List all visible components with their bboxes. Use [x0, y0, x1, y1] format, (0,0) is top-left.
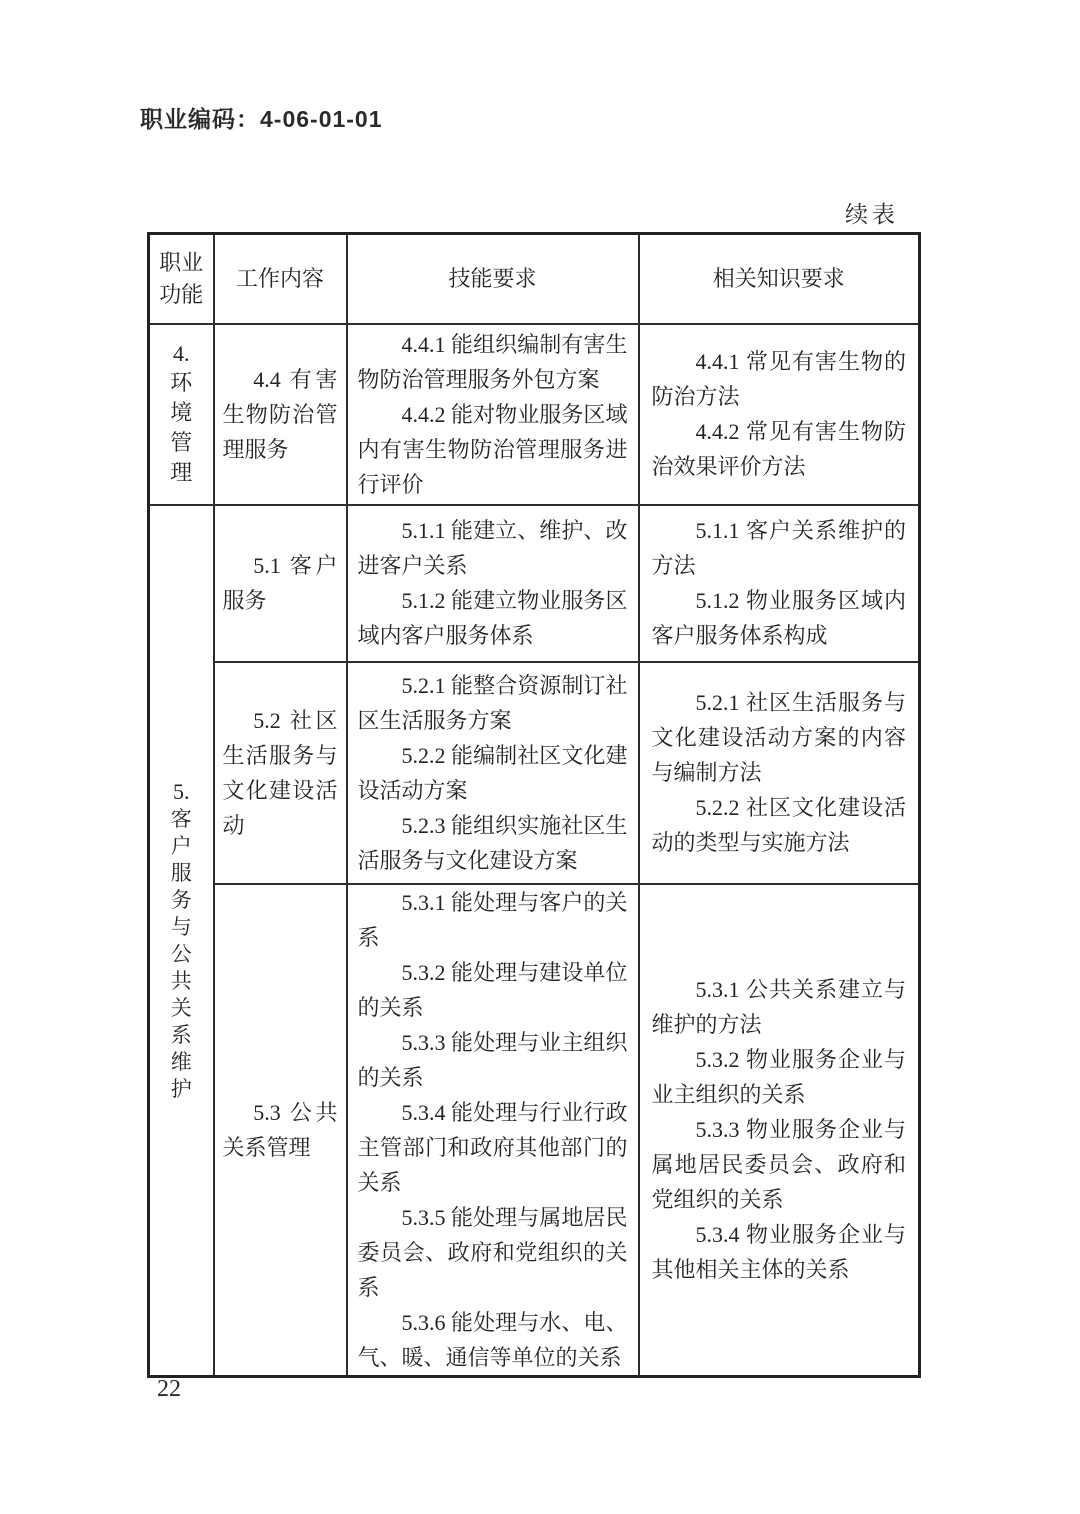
skill-item: 5.2.2 能编制社区文化建设活动方案 — [358, 738, 628, 808]
work-content-text: 5.3 公共关系管理 — [223, 1095, 338, 1165]
function-name-vertical: 环境管理 — [170, 368, 192, 488]
knowledge-item: 5.3.3 物业服务企业与属地居民委员会、政府和党组织的关系 — [652, 1112, 907, 1217]
function-label: 4. 环境管理 — [151, 340, 212, 488]
header-work-content: 工作内容 — [214, 234, 347, 324]
knowledge-item: 5.2.2 社区文化建设活动的类型与实施方法 — [652, 790, 907, 860]
table-row: 5. 客户服务与公共关系维护 5.1 客户服务 5.1.1 能建立、维护、改进客… — [149, 505, 920, 662]
occupational-standard-table: 职业功能 工作内容 技能要求 相关知识要求 4. 环境管理 4.4 有害生物防治… — [147, 232, 921, 1378]
cell-skill-requirements: 4.4.1 能组织编制有害生物防治管理服务外包方案 4.4.2 能对物业服务区域… — [347, 324, 639, 505]
cell-work-content: 5.2 社区生活服务与文化建设活动 — [214, 662, 347, 884]
table-row: 5.2 社区生活服务与文化建设活动 5.2.1 能整合资源制订社区生活服务方案 … — [149, 662, 920, 884]
cell-knowledge-requirements: 5.1.1 客户关系维护的方法 5.1.2 物业服务区域内客户服务体系构成 — [639, 505, 920, 662]
knowledge-item: 4.4.1 常见有害生物的防治方法 — [652, 344, 907, 414]
knowledge-item: 5.1.1 客户关系维护的方法 — [652, 513, 907, 583]
cell-work-content: 5.3 公共关系管理 — [214, 884, 347, 1377]
cell-work-content: 5.1 客户服务 — [214, 505, 347, 662]
knowledge-item: 5.1.2 物业服务区域内客户服务体系构成 — [652, 583, 907, 653]
function-name-vertical: 客户服务与公共关系维护 — [171, 806, 192, 1103]
work-content-text: 5.1 客户服务 — [223, 548, 338, 618]
knowledge-item: 5.3.1 公共关系建立与维护的方法 — [652, 972, 907, 1042]
work-content-text: 5.2 社区生活服务与文化建设活动 — [223, 703, 338, 843]
skill-item: 5.1.1 能建立、维护、改进客户关系 — [358, 513, 628, 583]
header-occupational-function: 职业功能 — [149, 234, 214, 324]
knowledge-item: 5.3.2 物业服务企业与业主组织的关系 — [652, 1042, 907, 1112]
skill-item: 4.4.1 能组织编制有害生物防治管理服务外包方案 — [358, 327, 628, 397]
skill-item: 5.3.2 能处理与建设单位的关系 — [358, 955, 628, 1025]
cell-knowledge-requirements: 5.3.1 公共关系建立与维护的方法 5.3.2 物业服务企业与业主组织的关系 … — [639, 884, 920, 1377]
cell-function-customer-service: 5. 客户服务与公共关系维护 — [149, 505, 214, 1377]
cell-skill-requirements: 5.2.1 能整合资源制订社区生活服务方案 5.2.2 能编制社区文化建设活动方… — [347, 662, 639, 884]
cell-function-environment-management: 4. 环境管理 — [149, 324, 214, 505]
table-header-row: 职业功能 工作内容 技能要求 相关知识要求 — [149, 234, 920, 324]
work-content-text: 4.4 有害生物防治管理服务 — [223, 362, 338, 467]
page-number: 22 — [157, 1376, 181, 1403]
skill-item: 5.1.2 能建立物业服务区域内客户服务体系 — [358, 583, 628, 653]
function-number: 5. — [173, 778, 190, 806]
header-knowledge-requirements: 相关知识要求 — [639, 234, 920, 324]
knowledge-item: 5.3.4 物业服务企业与其他相关主体的关系 — [652, 1217, 907, 1287]
skill-item: 5.3.4 能处理与行业行政主管部门和政府其他部门的关系 — [358, 1095, 628, 1200]
continued-table-label: 续表 — [845, 196, 899, 229]
function-label: 5. 客户服务与公共关系维护 — [151, 778, 212, 1103]
knowledge-item: 4.4.2 常见有害生物防治效果评价方法 — [652, 414, 907, 484]
cell-knowledge-requirements: 4.4.1 常见有害生物的防治方法 4.4.2 常见有害生物防治效果评价方法 — [639, 324, 920, 505]
skill-item: 5.3.1 能处理与客户的关系 — [358, 885, 628, 955]
knowledge-item: 5.2.1 社区生活服务与文化建设活动方案的内容与编制方法 — [652, 685, 907, 790]
cell-work-content: 4.4 有害生物防治管理服务 — [214, 324, 347, 505]
skill-item: 5.3.6 能处理与水、电、气、暖、通信等单位的关系 — [358, 1305, 628, 1375]
function-number: 4. — [173, 340, 190, 368]
header-skill-requirements: 技能要求 — [347, 234, 639, 324]
cell-skill-requirements: 5.1.1 能建立、维护、改进客户关系 5.1.2 能建立物业服务区域内客户服务… — [347, 505, 639, 662]
skill-item: 5.3.3 能处理与业主组织的关系 — [358, 1025, 628, 1095]
cell-skill-requirements: 5.3.1 能处理与客户的关系 5.3.2 能处理与建设单位的关系 5.3.3 … — [347, 884, 639, 1377]
skill-item: 5.3.5 能处理与属地居民委员会、政府和党组织的关系 — [358, 1200, 628, 1305]
table-row: 5.3 公共关系管理 5.3.1 能处理与客户的关系 5.3.2 能处理与建设单… — [149, 884, 920, 1377]
skill-item: 5.2.3 能组织实施社区生活服务与文化建设方案 — [358, 808, 628, 878]
table-row: 4. 环境管理 4.4 有害生物防治管理服务 4.4.1 能组织编制有害生物防治… — [149, 324, 920, 505]
skill-item: 4.4.2 能对物业服务区域内有害生物防治管理服务进行评价 — [358, 397, 628, 502]
skill-item: 5.2.1 能整合资源制订社区生活服务方案 — [358, 668, 628, 738]
cell-knowledge-requirements: 5.2.1 社区生活服务与文化建设活动方案的内容与编制方法 5.2.2 社区文化… — [639, 662, 920, 884]
occupation-code-label: 职业编码：4-06-01-01 — [140, 101, 383, 134]
document-page: 职业编码：4-06-01-01 续表 职业功能 工作内容 技能要求 相关知识要求… — [0, 0, 1080, 1514]
